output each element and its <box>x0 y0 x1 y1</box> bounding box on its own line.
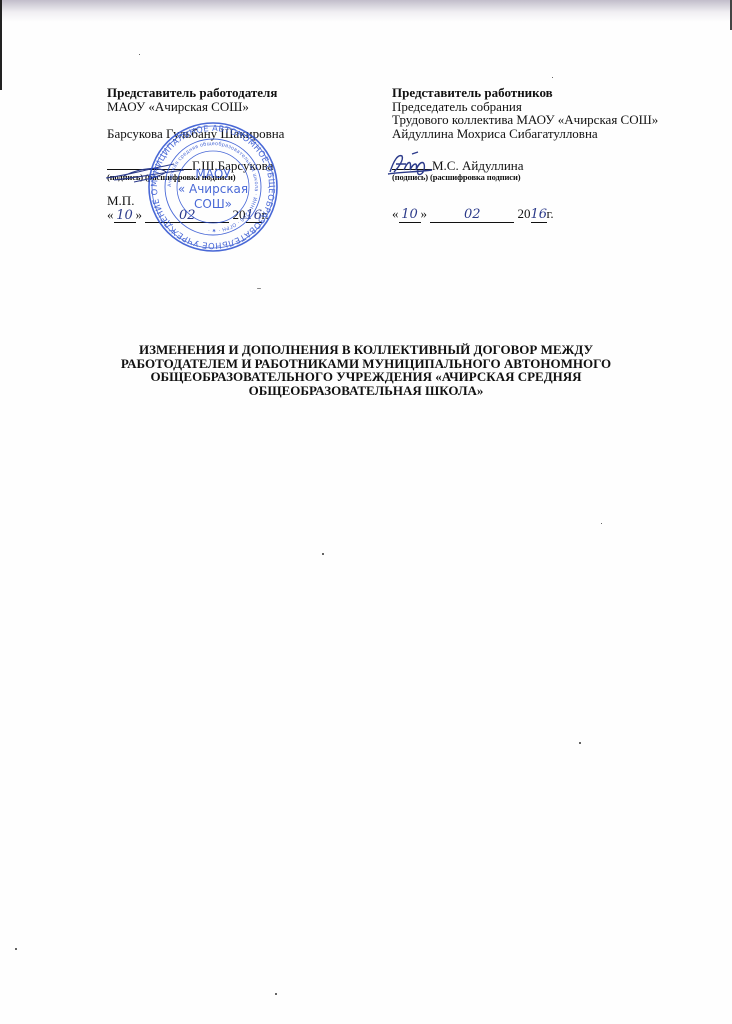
scan-speck <box>275 993 277 995</box>
employees-line2: Трудового коллектива МАОУ «Ачирская СОШ» <box>392 113 658 127</box>
scan-speck <box>257 288 261 289</box>
employees-date-day: 10 <box>399 208 421 223</box>
employees-signature-icon <box>386 150 436 178</box>
scan-edge-left <box>0 0 2 90</box>
scan-speck <box>15 948 17 950</box>
employees-date-year: 16 <box>531 208 547 223</box>
document-title-line3: ОБЩЕОБРАЗОВАТЕЛЬНОГО УЧРЕЖДЕНИЯ «АЧИРСКА… <box>120 370 612 384</box>
scan-speck <box>601 523 602 524</box>
scan-speck <box>139 54 140 55</box>
scan-shadow-top <box>0 0 732 22</box>
employees-full-name: Айдуллина Мохриса Сибагатулловна <box>392 127 658 141</box>
employees-date-month: 02 <box>430 208 514 223</box>
document-title-line4: ОБЩЕОБРАЗОВАТЕЛЬНАЯ ШКОЛА» <box>120 384 612 398</box>
document-title-line2: РАБОТОДАТЕЛЕМ И РАБОТНИКАМИ МУНИЦИПАЛЬНО… <box>120 357 612 371</box>
employees-date-line: «10» 02 2016г. <box>392 207 658 223</box>
stamp-center-line2: « Ачирская <box>178 182 248 196</box>
scan-speck <box>322 553 324 555</box>
employer-heading: Представитель работодателя <box>107 86 284 100</box>
document-title-line1: ИЗМЕНЕНИЯ И ДОПОЛНЕНИЯ В КОЛЛЕКТИВНЫЙ ДО… <box>120 343 612 357</box>
employer-organization: МАОУ «Ачирская СОШ» <box>107 100 284 114</box>
employees-heading: Представитель работников <box>392 86 658 100</box>
organization-stamp-icon: МУНИЦИПАЛЬНОЕ АВТОНОМНОЕ ОБЩЕОБРАЗОВАТЕЛ… <box>146 120 280 254</box>
scan-speck <box>552 77 553 78</box>
document-title: ИЗМЕНЕНИЯ И ДОПОЛНЕНИЯ В КОЛЛЕКТИВНЫЙ ДО… <box>120 343 612 397</box>
stamp-center-line3: СОШ» <box>194 197 232 211</box>
scanned-document-page: Представитель работодателя МАОУ «Ачирска… <box>0 0 732 1024</box>
employees-line1: Председатель собрания <box>392 100 658 114</box>
employees-signature-name: М.С. Айдуллина <box>432 158 524 173</box>
scan-speck <box>579 742 581 744</box>
stamp-center-line1: МАОУ <box>195 167 231 181</box>
employer-date-day: 10 <box>114 209 136 224</box>
